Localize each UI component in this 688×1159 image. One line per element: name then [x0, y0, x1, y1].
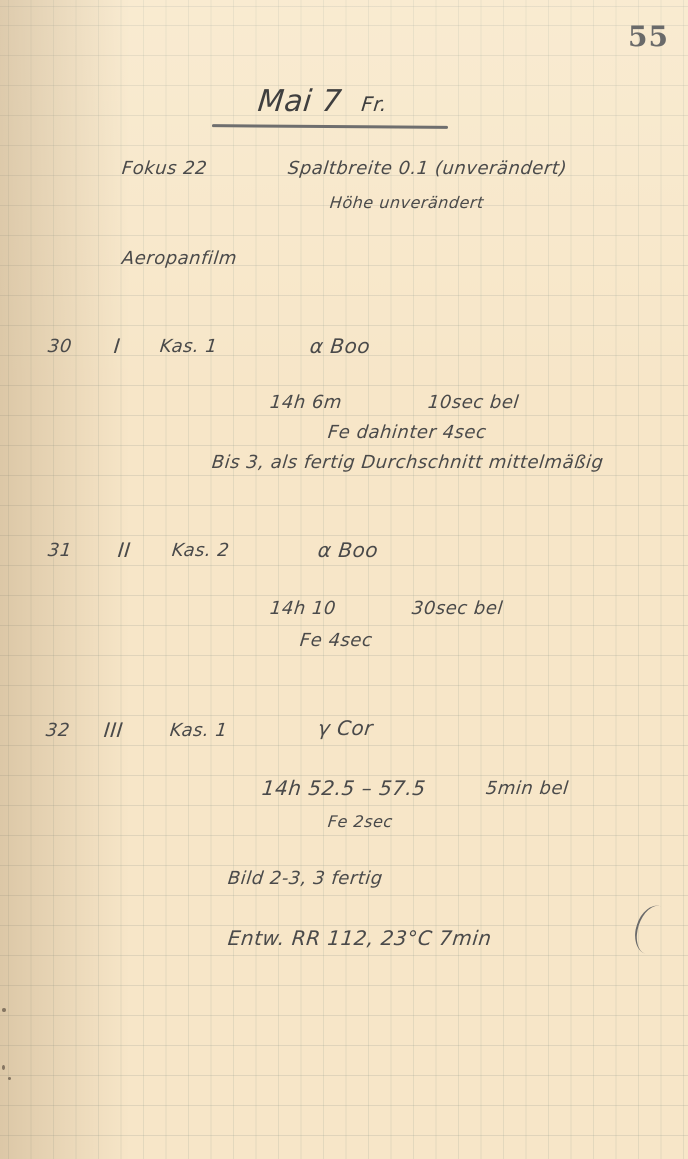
title-underline [212, 124, 448, 129]
entry-detail: Fe 2sec [327, 812, 394, 831]
entry-exposure: 5min bel [485, 778, 570, 799]
margin-bracket-mark [629, 901, 677, 959]
notebook-page: 55 Mai 7Fr. Fokus 22 Spaltbreite 0.1 (un… [0, 0, 688, 1159]
entry-detail: Fe 4sec [299, 630, 374, 651]
entry-note: Bis 3, als fertig Durchschnitt mittelmäß… [211, 452, 605, 473]
entry-roman: II [117, 538, 132, 562]
entry-camera: Kas. 2 [171, 540, 231, 561]
entry-target: γ Cor [317, 716, 375, 740]
focus-note: Fokus 22 [121, 158, 208, 179]
entry-exposure: 10sec bel [427, 392, 520, 413]
entry-number: 31 [47, 540, 73, 561]
title-day: Fr. [360, 92, 388, 116]
page-number: 55 [628, 20, 669, 53]
entry-exposure: 30sec bel [411, 598, 504, 619]
entry-camera: Kas. 1 [169, 720, 229, 741]
entry-target: α Boo [309, 334, 372, 358]
film-note: Aeropanfilm [121, 248, 238, 269]
ink-speck [2, 1008, 6, 1012]
entry-target: α Boo [317, 538, 380, 562]
entry-number: 30 [47, 336, 73, 357]
entry-camera: Kas. 1 [159, 336, 219, 357]
entry-roman: III [103, 718, 125, 742]
ink-speck [2, 1065, 5, 1070]
page-title: Mai 7Fr. [256, 84, 389, 119]
development-note: Entw. RR 112, 23°C 7min [227, 926, 493, 950]
entry-time: 14h 6m [269, 392, 343, 413]
entry-detail: Fe dahinter 4sec [327, 422, 488, 443]
entry-time: 14h 10 [269, 598, 337, 619]
image-note: Bild 2-3, 3 fertig [227, 868, 384, 889]
entry-number: 32 [45, 720, 71, 741]
slit-note: Spaltbreite 0.1 (unverändert) [287, 158, 568, 179]
ink-speck [8, 1077, 11, 1080]
title-date: Mai 7 [256, 84, 343, 119]
entry-time: 14h 52.5 – 57.5 [261, 776, 427, 800]
entry-roman: I [113, 334, 122, 358]
height-note: Höhe unverändert [329, 193, 485, 212]
